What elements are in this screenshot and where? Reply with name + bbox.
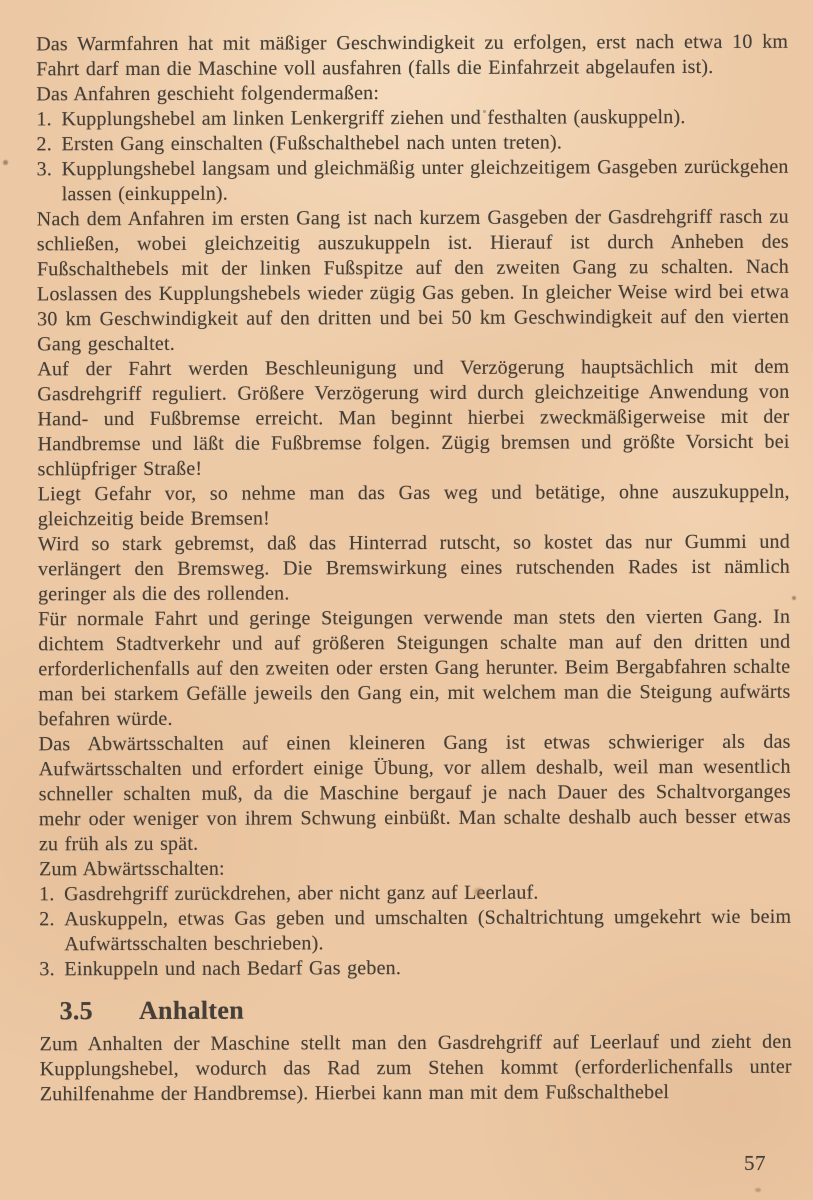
- paper-speck: [792, 596, 796, 600]
- body-paragraph: Das Abwärtsschalten auf einen kleineren …: [39, 730, 791, 858]
- list-item-text: Gasdrehgriff zurückdrehen, aber nicht ga…: [64, 882, 539, 906]
- body-paragraph: Auf der Fahrt werden Beschleunigung und …: [37, 355, 789, 483]
- body-paragraph: Das Warmfahren hat mit mäßiger Geschwind…: [36, 30, 788, 83]
- numbered-list-item: 3.Einkuppeln und nach Bedarf Gas geben.: [39, 955, 791, 983]
- list-item-number: 3.: [39, 957, 64, 982]
- list-item-number: 1.: [39, 882, 64, 907]
- list-item-number: 3.: [37, 157, 62, 182]
- list-item-number: 2.: [39, 907, 64, 932]
- body-paragraph: Nach dem Anfahren im ersten Gang ist nac…: [37, 205, 790, 358]
- numbered-list-item: 3.Kupplungshebel langsam und gleichmäßig…: [37, 155, 789, 208]
- section-title: Anhalten: [139, 996, 244, 1025]
- section-heading: 3.5Anhalten: [59, 994, 791, 1027]
- numbered-list-item: 2.Ersten Gang einschalten (Fußschalthebe…: [36, 130, 788, 158]
- numbered-list-item: 1.Gasdrehgriff zurückdrehen, aber nicht …: [39, 880, 791, 908]
- list-item-number: 2.: [36, 132, 61, 157]
- list-item-text: Auskuppeln, etwas Gas geben und umschalt…: [64, 906, 791, 956]
- body-paragraph: Zum Anhalten der Maschine stellt man den…: [40, 1030, 792, 1108]
- section-number: 3.5: [59, 996, 93, 1025]
- list-item-number: 1.: [36, 107, 61, 132]
- page-number: 57: [744, 1151, 766, 1176]
- paper-speck: [3, 160, 8, 165]
- paper-speck: [755, 1188, 761, 1192]
- list-item-text: Ersten Gang einschalten (Fußschalthebel …: [61, 131, 562, 155]
- page-text-block: Das Warmfahren hat mit mäßiger Geschwind…: [36, 30, 792, 1108]
- numbered-list-item: 2.Auskuppeln, etwas Gas geben und umscha…: [39, 905, 791, 958]
- list-item-text: Einkuppeln und nach Bedarf Gas geben.: [64, 957, 401, 980]
- list-item-text: Kupplungshebel am linken Lenkergriff zie…: [61, 106, 685, 130]
- body-paragraph: Wird so stark gebremst, daß das Hinterra…: [38, 530, 790, 608]
- body-paragraph: Zum Abwärtsschalten:: [39, 855, 791, 883]
- body-paragraph: Liegt Gefahr vor, so nehme man das Gas w…: [38, 480, 790, 533]
- body-paragraph: Das Anfahren geschieht folgendermaßen:: [36, 80, 788, 108]
- body-paragraph: Für normale Fahrt und geringe Steigungen…: [38, 605, 790, 733]
- list-item-text: Kupplungshebel langsam und gleichmäßig u…: [62, 156, 789, 206]
- numbered-list-item: 1.Kupplungshebel am linken Lenkergriff z…: [36, 105, 788, 133]
